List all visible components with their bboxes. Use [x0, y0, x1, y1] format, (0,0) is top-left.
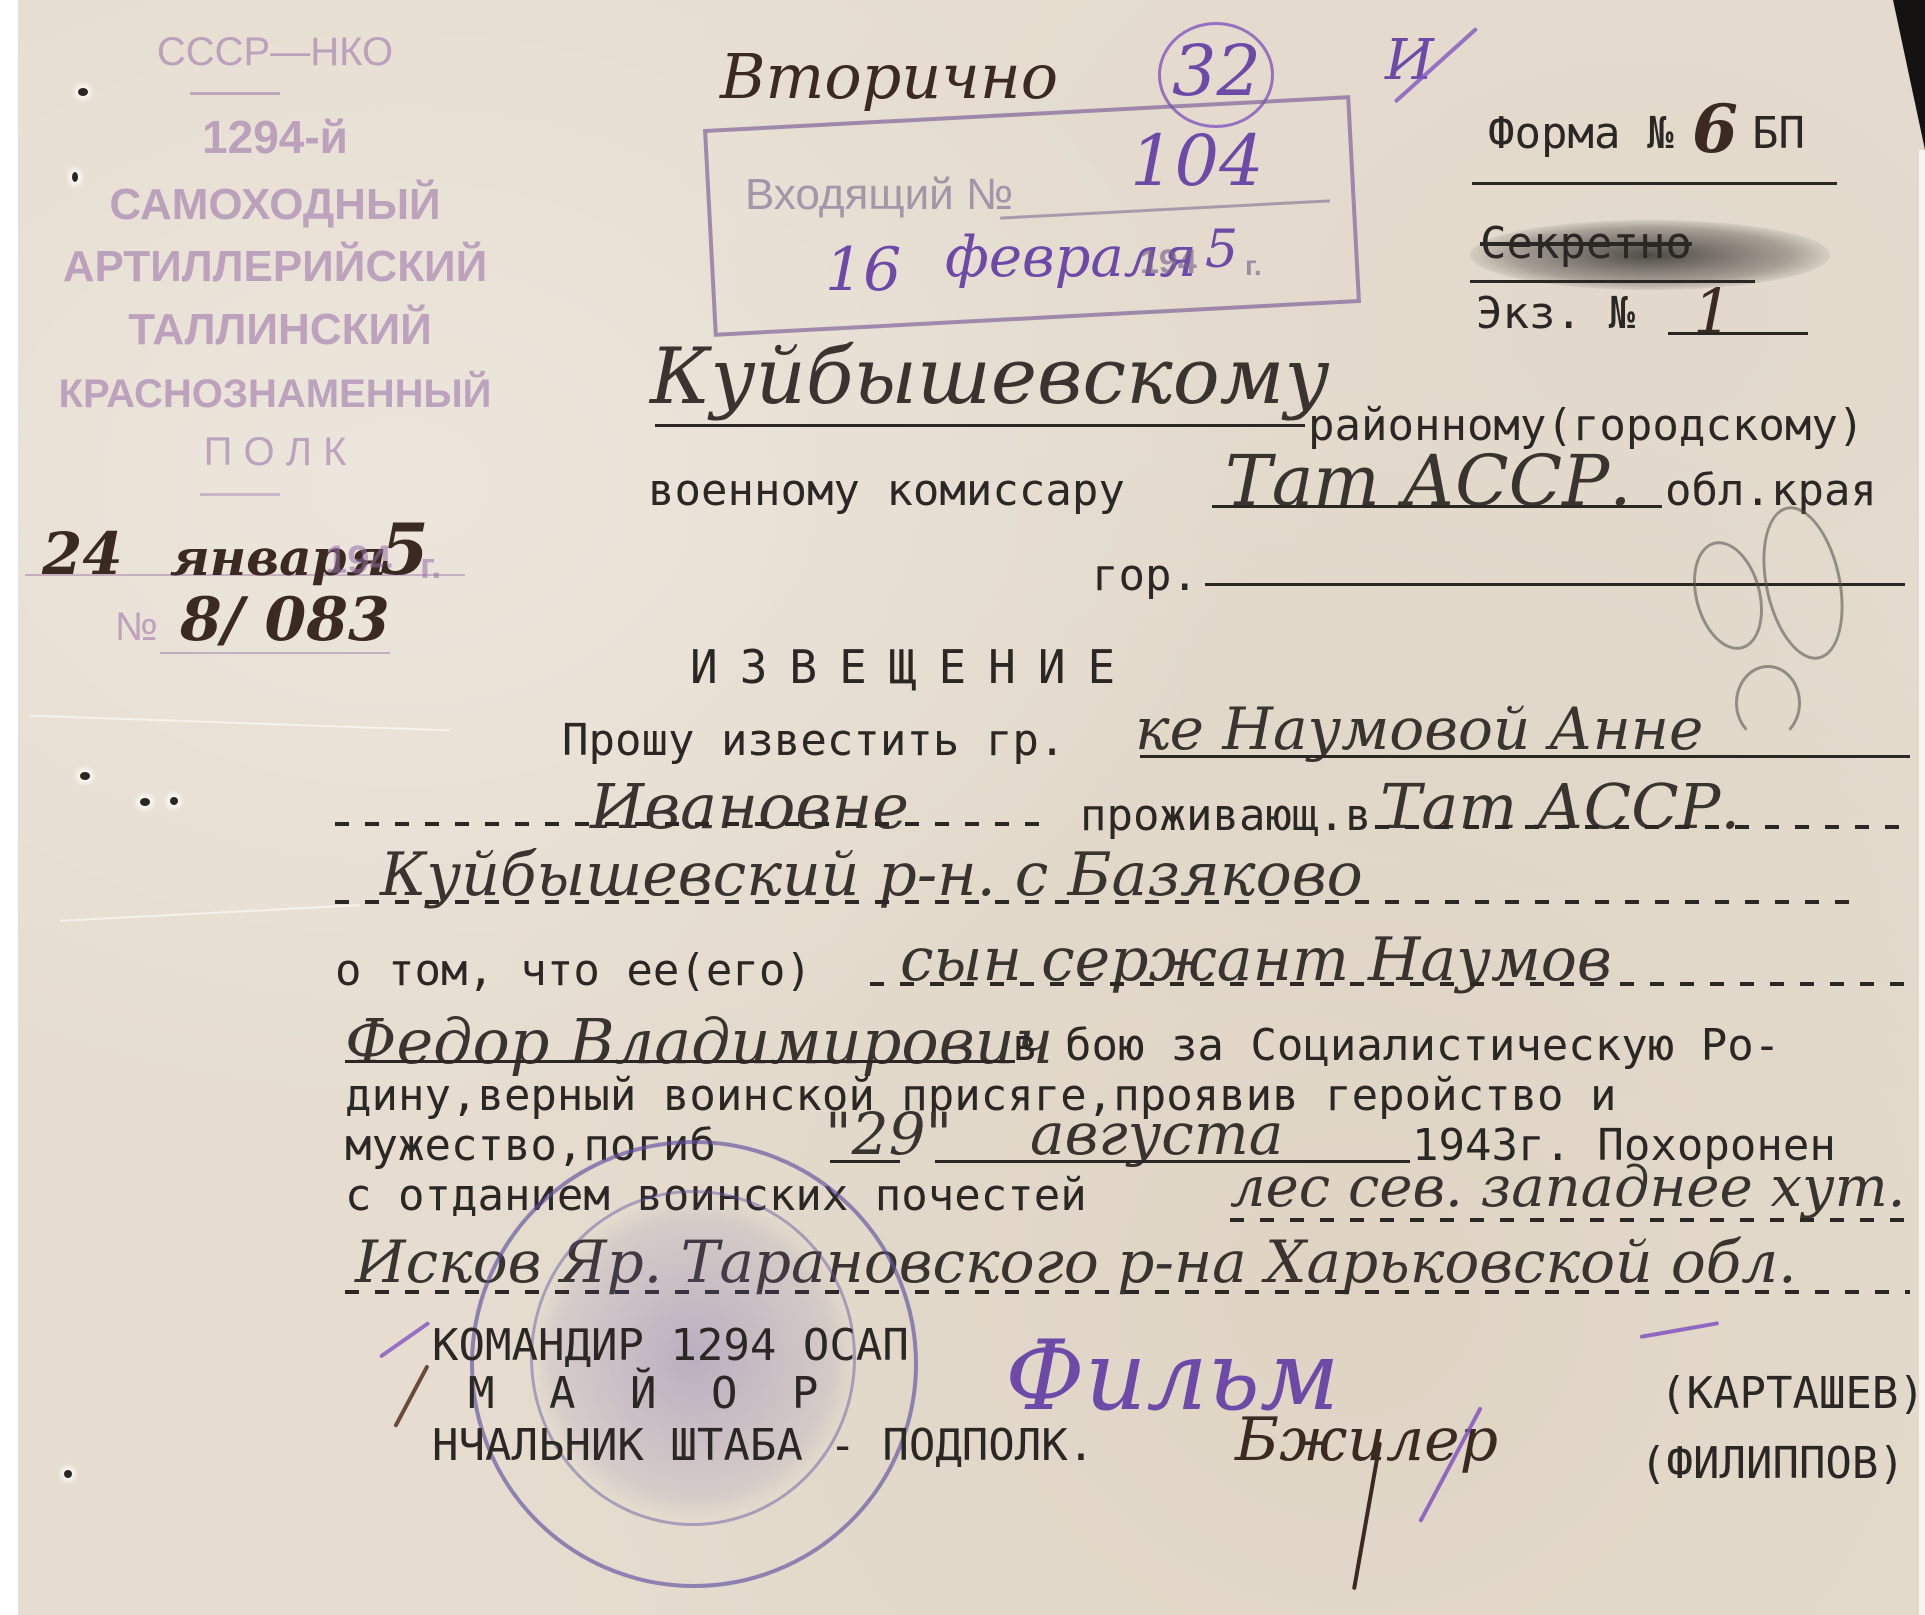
region-handwritten: Тат АССР.: [1225, 440, 1632, 522]
region-underline: [1212, 505, 1662, 508]
stamp-date-suffix: г.: [420, 545, 441, 587]
punch-hole: [170, 797, 178, 805]
stamp-number-label: №: [115, 605, 158, 650]
battle-text: в бою за Социалистическую Ро-: [1012, 1020, 1780, 1071]
request-label: Прошу известить гр.: [562, 715, 1065, 766]
recipient-dash-line: [335, 822, 1055, 826]
city-label: гор.: [1092, 550, 1198, 601]
region-typed: обл.края: [1665, 465, 1877, 516]
punch-hole: [64, 1470, 72, 1478]
residing-label: проживающ.в: [1080, 790, 1371, 841]
residence-dash-line: [1375, 825, 1910, 829]
punch-hole: [80, 772, 90, 780]
stamp-line: 1294-й: [125, 110, 425, 164]
scan-background-corner: [1893, 0, 1925, 150]
death-day-underline: [830, 1160, 900, 1163]
stamp-number-value: 8/ 083: [180, 585, 390, 655]
burial-place: лес сев. западнее хут.: [1230, 1155, 1905, 1220]
recipient-name: ке Наумовой Анне: [1135, 695, 1703, 763]
commissar-label: военному комиссару: [648, 465, 1125, 516]
incoming-year: 194: [1140, 243, 1197, 282]
about-label: о том, что ее(его): [335, 945, 812, 996]
form-underline: [1472, 182, 1837, 185]
form-label: Форма №: [1488, 108, 1673, 159]
form-suffix: БП: [1752, 108, 1805, 159]
residence-region: Тат АССР.: [1380, 770, 1740, 843]
stamp-line: П О Л К: [125, 430, 425, 475]
stamp-divider: [190, 92, 280, 95]
stamp-divider: [200, 493, 280, 496]
incoming-number: 104: [1130, 120, 1264, 202]
soldier-name: Федор Владимирович: [345, 1005, 1053, 1078]
stamp-line: ТАЛЛИНСКИЙ: [70, 305, 490, 355]
incoming-suffix: г.: [1245, 250, 1262, 282]
punch-hole: [140, 798, 150, 806]
recipient-patronymic: Ивановне: [590, 770, 909, 843]
death-day: "29": [825, 1100, 952, 1168]
stamp-line: АРТИЛЛЕРИЙСКИЙ: [25, 242, 525, 292]
district-underline: [655, 424, 1305, 427]
copy-underline: [1668, 332, 1808, 335]
commander-rank: М А Й О Р: [468, 1368, 832, 1419]
soldier-name-underline: [345, 1060, 1015, 1063]
district-handwritten: Куйбышевскому: [650, 332, 1330, 422]
punch-hole: [78, 88, 88, 96]
copy-number: 1: [1693, 275, 1732, 348]
incoming-year-hw: 5: [1205, 220, 1238, 280]
relation-dash-line: [870, 982, 1910, 986]
commander-name: (КАРТАШЕВ): [1660, 1368, 1925, 1419]
incoming-day: 16: [825, 235, 901, 305]
document-title: ИЗВЕЩЕНИЕ: [690, 640, 1137, 694]
stamp-line: СССР—НКО: [125, 30, 425, 75]
chief-title: НЧАЛЬНИК ШТАБА - ПОДПОЛК.: [432, 1420, 1094, 1471]
form-number: 6: [1692, 90, 1738, 168]
residence-dash-line: [335, 900, 1865, 904]
commander-title: КОМАНДИР 1294 ОСАП: [432, 1320, 909, 1371]
classification-label: Секретно: [1480, 218, 1692, 269]
repeat-annotation: Вторично: [720, 40, 1058, 113]
chief-signature: Бжилер: [1235, 1405, 1498, 1475]
burial-dash-line: [1230, 1218, 1915, 1222]
stamp-line: КРАСНОЗНАМЕННЫЙ: [25, 372, 525, 417]
recipient-underline: [1140, 755, 1910, 758]
stamp-line: САМОХОДНЫЙ: [60, 180, 490, 230]
corner-mark: И: [1385, 28, 1434, 93]
chief-name: (ФИЛИППОВ): [1640, 1438, 1905, 1489]
stamp-date-day: 24: [42, 520, 123, 588]
incoming-label: Входящий №: [745, 170, 1013, 220]
copy-label: Экз. №: [1476, 288, 1635, 339]
oath-text: дину,верный воинской присяге,проявив гер…: [345, 1070, 1617, 1121]
pencil-mark: [1735, 665, 1801, 741]
